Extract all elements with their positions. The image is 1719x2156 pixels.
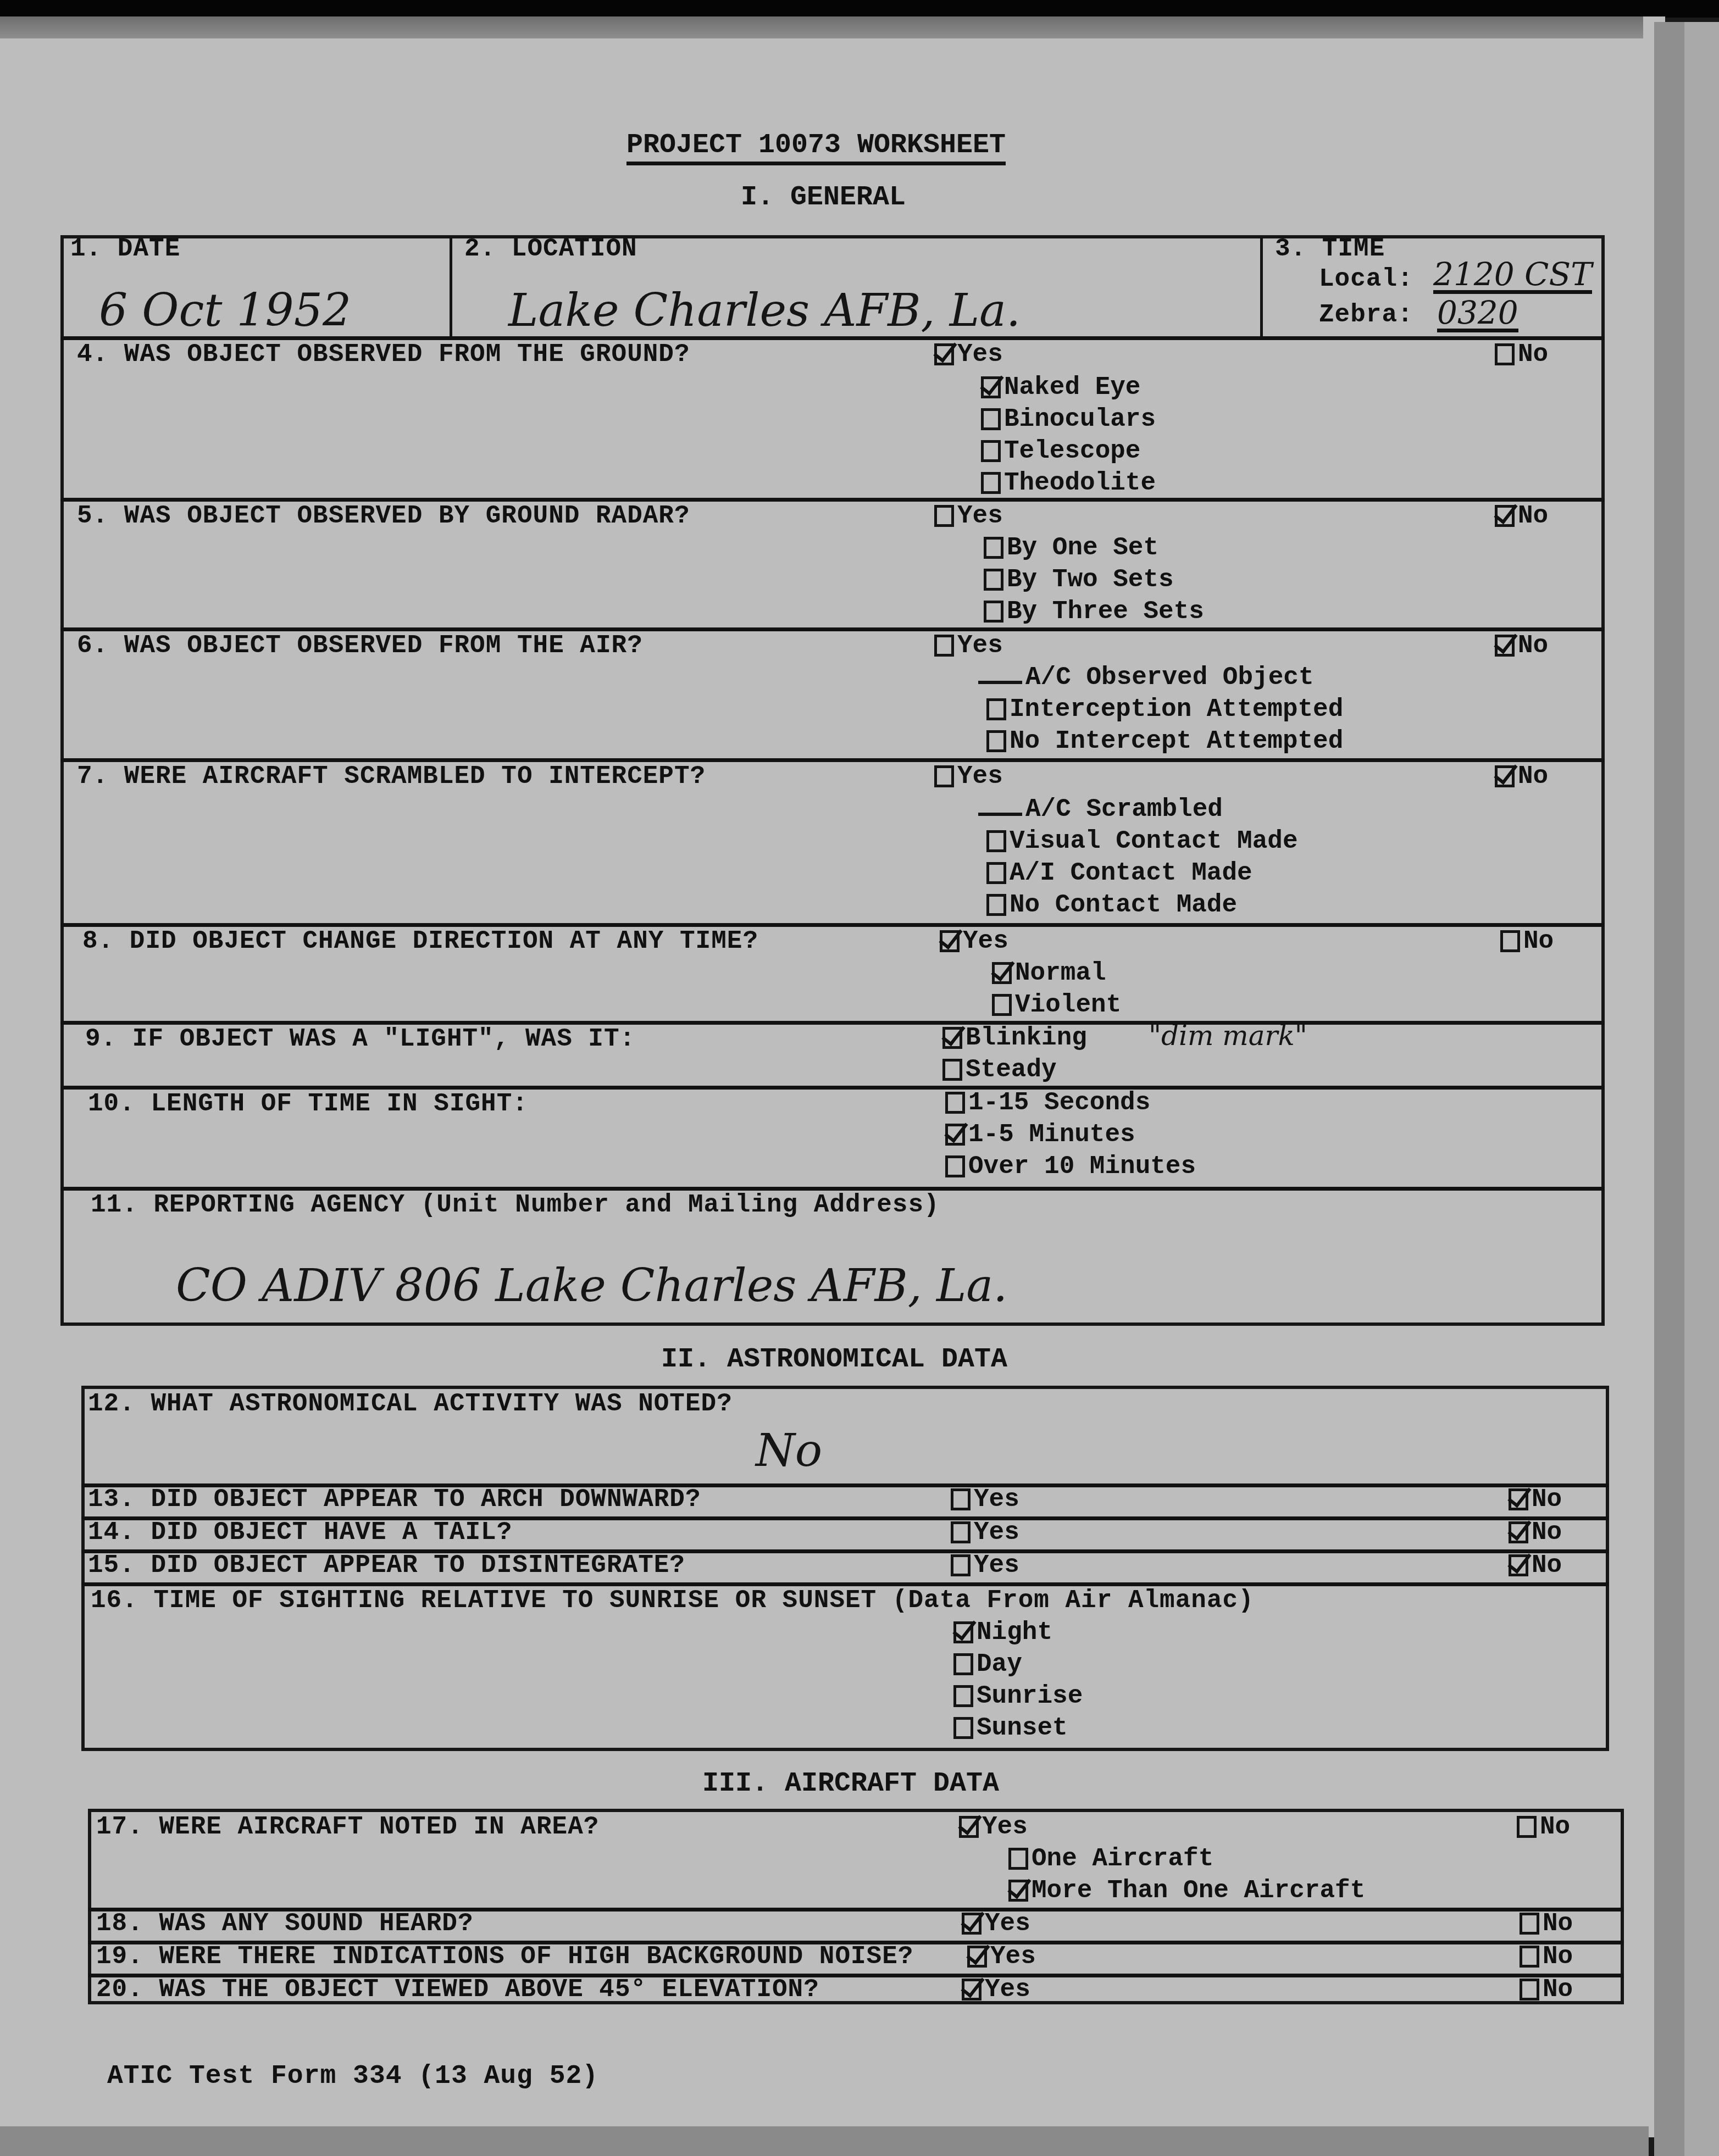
- q6-label: 6. WAS OBJECT OBSERVED FROM THE AIR?: [77, 633, 643, 658]
- q20-no[interactable]: No: [1520, 1977, 1573, 2002]
- checkbox-checked-icon[interactable]: [962, 1913, 982, 1935]
- q18-no[interactable]: No: [1520, 1911, 1573, 1936]
- q7-option[interactable]: No Contact Made: [986, 892, 1237, 918]
- blank-line[interactable]: [978, 681, 1022, 684]
- checkbox-icon[interactable]: [953, 1685, 973, 1707]
- blank-line[interactable]: [978, 813, 1022, 816]
- q6-option[interactable]: Interception Attempted: [986, 697, 1343, 722]
- q17-label: 17. WERE AIRCRAFT NOTED IN AREA?: [96, 1814, 599, 1840]
- q17-option[interactable]: More Than One Aircraft: [1008, 1878, 1365, 1903]
- checkbox-icon[interactable]: [981, 408, 1001, 430]
- page-title: PROJECT 10073 WORKSHEET: [626, 132, 1006, 165]
- q16-option[interactable]: Sunrise: [953, 1683, 1083, 1709]
- q10-option[interactable]: Over 10 Minutes: [945, 1154, 1196, 1179]
- checkbox-icon[interactable]: [945, 1155, 965, 1177]
- checkbox-checked-icon[interactable]: [962, 1979, 982, 2001]
- checkbox-checked-icon[interactable]: [934, 343, 954, 365]
- q10-option[interactable]: 1-15 Seconds: [945, 1090, 1150, 1115]
- q5-no[interactable]: No: [1495, 503, 1548, 529]
- divider: [60, 498, 1605, 502]
- q9-option[interactable]: Blinking: [942, 1025, 1087, 1051]
- q10-option[interactable]: 1-5 Minutes: [945, 1122, 1135, 1147]
- q4-yes[interactable]: Yes: [934, 342, 1003, 367]
- q9-option[interactable]: Steady: [942, 1057, 1057, 1082]
- q14-yes[interactable]: Yes: [951, 1520, 1019, 1545]
- q12-value: No: [756, 1429, 822, 1474]
- checkbox-icon[interactable]: [1495, 343, 1515, 365]
- q11-reporting-agency-value: CO ADIV 806 Lake Charles AFB, La.: [176, 1264, 1007, 1309]
- q7-no[interactable]: No: [1495, 764, 1548, 789]
- q7-option[interactable]: Visual Contact Made: [986, 829, 1298, 854]
- q14-label: 14. DID OBJECT HAVE A TAIL?: [88, 1520, 512, 1545]
- q17-option[interactable]: One Aircraft: [1008, 1846, 1213, 1871]
- q15-yes[interactable]: Yes: [951, 1553, 1019, 1578]
- checkbox-checked-icon[interactable]: [1495, 635, 1515, 657]
- checkbox-icon[interactable]: [951, 1488, 971, 1510]
- q7-option[interactable]: A/I Contact Made: [986, 860, 1252, 886]
- q4-option[interactable]: Naked Eye: [981, 375, 1140, 400]
- q6-no[interactable]: No: [1495, 633, 1548, 658]
- q18-yes[interactable]: Yes: [962, 1911, 1030, 1936]
- q4-option[interactable]: Theodolite: [981, 470, 1156, 496]
- time-zebra-value: 0320: [1437, 297, 1518, 332]
- checkbox-icon[interactable]: [951, 1521, 971, 1543]
- checkbox-checked-icon[interactable]: [940, 930, 960, 952]
- checkbox-icon[interactable]: [953, 1653, 973, 1675]
- checkbox-checked-icon[interactable]: [942, 1027, 962, 1049]
- time-local-value: 2120 CST: [1433, 258, 1592, 294]
- time-label: 3. TIME: [1275, 236, 1385, 262]
- checkbox-icon[interactable]: [934, 635, 954, 657]
- divider: [1260, 236, 1263, 338]
- checkbox-icon[interactable]: [1520, 1946, 1539, 1968]
- checkbox-icon[interactable]: [984, 601, 1003, 623]
- scan-top-border: [0, 0, 1719, 18]
- checkbox-checked-icon[interactable]: [953, 1621, 973, 1643]
- q15-no[interactable]: No: [1509, 1553, 1562, 1578]
- q5-option[interactable]: By Three Sets: [984, 599, 1204, 624]
- q8-no[interactable]: No: [1500, 929, 1554, 954]
- q13-label: 13. DID OBJECT APPEAR TO ARCH DOWNWARD?: [88, 1487, 701, 1512]
- checkbox-icon[interactable]: [986, 894, 1006, 916]
- divider: [60, 1086, 1605, 1090]
- divider: [60, 1187, 1605, 1191]
- q8-yes[interactable]: Yes: [940, 929, 1008, 954]
- checkbox-icon[interactable]: [984, 569, 1003, 591]
- q8-label: 8. DID OBJECT CHANGE DIRECTION AT ANY TI…: [82, 929, 758, 954]
- q8-option[interactable]: Violent: [992, 992, 1121, 1018]
- q6-option[interactable]: No Intercept Attempted: [986, 729, 1343, 754]
- q6-yes[interactable]: Yes: [934, 633, 1003, 658]
- q9-handwritten-note: "dim mark": [1149, 1022, 1307, 1049]
- checkbox-checked-icon[interactable]: [1495, 765, 1515, 787]
- checkbox-icon[interactable]: [986, 862, 1006, 884]
- checkbox-checked-icon[interactable]: [967, 1946, 987, 1968]
- q10-label: 10. LENGTH OF TIME IN SIGHT:: [88, 1091, 528, 1116]
- divider: [60, 923, 1605, 927]
- q7-option[interactable]: A/C Scrambled: [978, 797, 1223, 822]
- q9-label: 9. IF OBJECT WAS A "LIGHT", WAS IT:: [85, 1026, 635, 1052]
- q16-option[interactable]: Day: [953, 1652, 1022, 1677]
- q8-option[interactable]: Normal: [992, 960, 1106, 986]
- q13-yes[interactable]: Yes: [951, 1487, 1019, 1512]
- checkbox-checked-icon[interactable]: [992, 962, 1012, 984]
- checkbox-icon[interactable]: [984, 537, 1003, 559]
- checkbox-checked-icon[interactable]: [959, 1816, 979, 1838]
- divider: [81, 1582, 1609, 1586]
- section-heading-aircraft: III. AIRCRAFT DATA: [702, 1770, 999, 1798]
- divider: [60, 627, 1605, 631]
- checkbox-icon[interactable]: [992, 994, 1012, 1016]
- q4-option[interactable]: Binoculars: [981, 407, 1156, 432]
- divider: [60, 336, 1605, 340]
- q17-yes[interactable]: Yes: [959, 1814, 1028, 1840]
- section-heading-general: I. GENERAL: [741, 184, 906, 212]
- checkbox-icon[interactable]: [981, 472, 1001, 494]
- checkbox-checked-icon[interactable]: [945, 1124, 965, 1146]
- q11-label: 11. REPORTING AGENCY (Unit Number and Ma…: [91, 1192, 940, 1218]
- q19-yes[interactable]: Yes: [967, 1944, 1036, 1969]
- q14-no[interactable]: No: [1509, 1520, 1562, 1545]
- checkbox-icon[interactable]: [1500, 930, 1520, 952]
- checkbox-icon[interactable]: [934, 765, 954, 787]
- time-local-label: Local:: [1319, 266, 1413, 292]
- q16-option[interactable]: Sunset: [953, 1715, 1068, 1741]
- q5-yes[interactable]: Yes: [934, 503, 1003, 529]
- q18-label: 18. WAS ANY SOUND HEARD?: [96, 1911, 474, 1936]
- q16-option[interactable]: Night: [953, 1620, 1052, 1645]
- checkbox-icon[interactable]: [1517, 1816, 1537, 1838]
- section-heading-astronomical: II. ASTRONOMICAL DATA: [661, 1346, 1007, 1374]
- q4-no[interactable]: No: [1495, 342, 1548, 367]
- q19-label: 19. WERE THERE INDICATIONS OF HIGH BACKG…: [96, 1944, 913, 1969]
- checkbox-checked-icon[interactable]: [1509, 1488, 1528, 1510]
- date-value: 6 Oct 1952: [99, 288, 351, 334]
- q5-label: 5. WAS OBJECT OBSERVED BY GROUND RADAR?: [77, 503, 690, 529]
- q20-label: 20. WAS THE OBJECT VIEWED ABOVE 45° ELEV…: [96, 1977, 819, 2002]
- checkbox-icon[interactable]: [1008, 1848, 1028, 1870]
- scan-right-edge-shadow: [1654, 22, 1684, 2156]
- q17-no[interactable]: No: [1517, 1814, 1570, 1840]
- divider: [450, 236, 452, 338]
- q20-yes[interactable]: Yes: [962, 1977, 1030, 2002]
- divider: [60, 758, 1605, 762]
- location-label: 2. LOCATION: [464, 236, 637, 262]
- q13-no[interactable]: No: [1509, 1487, 1562, 1512]
- q7-label: 7. WERE AIRCRAFT SCRAMBLED TO INTERCEPT?: [77, 764, 706, 789]
- checkbox-icon[interactable]: [934, 505, 954, 527]
- q19-no[interactable]: No: [1520, 1944, 1573, 1969]
- checkbox-icon[interactable]: [1520, 1979, 1539, 2001]
- q7-yes[interactable]: Yes: [934, 764, 1003, 789]
- checkbox-checked-icon[interactable]: [981, 376, 1001, 398]
- checkbox-icon[interactable]: [1520, 1913, 1539, 1935]
- checkbox-icon[interactable]: [942, 1059, 962, 1081]
- q5-option[interactable]: By Two Sets: [984, 567, 1174, 592]
- q6-option[interactable]: A/C Observed Object: [978, 665, 1314, 690]
- q4-option[interactable]: Telescope: [981, 438, 1140, 464]
- q5-option[interactable]: By One Set: [984, 535, 1158, 560]
- checkbox-icon[interactable]: [951, 1554, 971, 1576]
- checkbox-checked-icon[interactable]: [1495, 505, 1515, 527]
- scan-shadow: [0, 16, 1643, 38]
- q16-label: 16. TIME OF SIGHTING RELATIVE TO SUNRISE…: [91, 1588, 1254, 1613]
- checkbox-icon[interactable]: [981, 440, 1001, 462]
- q4-label: 4. WAS OBJECT OBSERVED FROM THE GROUND?: [77, 342, 690, 367]
- checkbox-icon[interactable]: [986, 730, 1006, 752]
- checkbox-checked-icon[interactable]: [1509, 1521, 1528, 1543]
- q15-label: 15. DID OBJECT APPEAR TO DISINTEGRATE?: [88, 1553, 685, 1578]
- checkbox-icon[interactable]: [945, 1092, 965, 1114]
- checkbox-icon[interactable]: [986, 830, 1006, 852]
- form-identifier: ATIC Test Form 334 (13 Aug 52): [107, 2063, 598, 2090]
- location-value: Lake Charles AFB, La.: [508, 288, 1021, 334]
- checkbox-icon[interactable]: [986, 698, 1006, 720]
- scan-bottom-edge: [0, 2126, 1649, 2156]
- q12-label: 12. WHAT ASTRONOMICAL ACTIVITY WAS NOTED…: [88, 1391, 733, 1416]
- checkbox-icon[interactable]: [953, 1717, 973, 1739]
- divider: [60, 1021, 1605, 1025]
- checkbox-checked-icon[interactable]: [1008, 1880, 1028, 1902]
- date-label: 1. DATE: [70, 236, 180, 262]
- checkbox-checked-icon[interactable]: [1509, 1554, 1528, 1576]
- time-zebra-label: Zebra:: [1319, 302, 1413, 327]
